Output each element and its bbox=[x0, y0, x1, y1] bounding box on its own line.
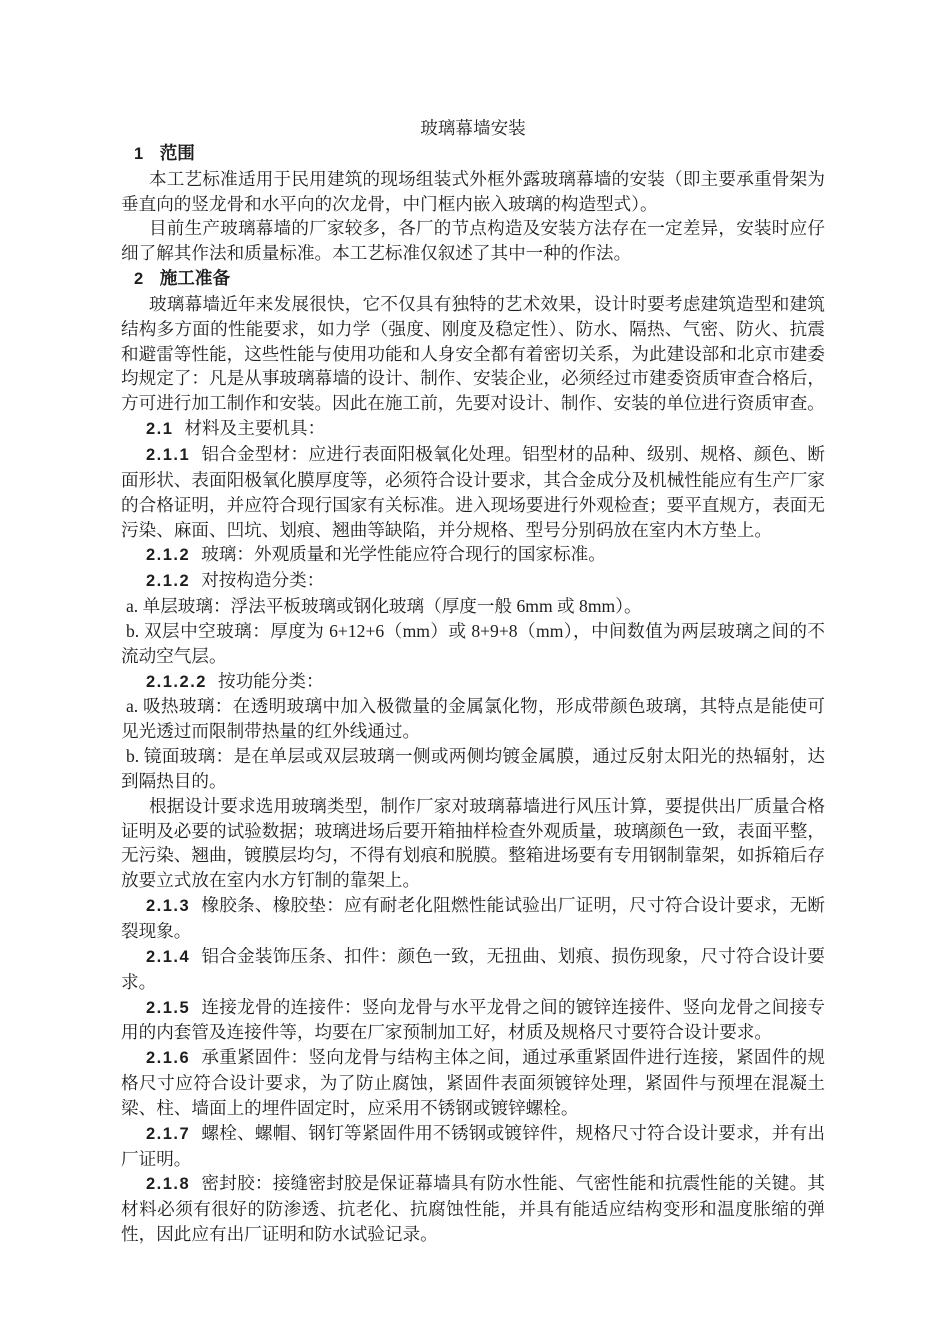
list-item-text: a. 单层玻璃：浮法平板玻璃或钢化玻璃（厚度一般 6mm 或 8mm）。 bbox=[126, 596, 642, 616]
clause-2-1-1: 2.1.1铝合金型材：应进行表面阳极氧化处理。铝型材的品种、级别、规格、颜色、断… bbox=[121, 442, 825, 542]
clause-2-1-4: 2.1.4铝合金装饰压条、扣件：颜色一致，无扭曲、划痕、损伤现象，尺寸符合设计要… bbox=[121, 944, 825, 995]
clause-number: 2.1.6 bbox=[146, 1049, 190, 1067]
clause-2-1-2-structure-classification: 2.1.2对按构造分类： bbox=[121, 568, 825, 594]
section-2-number: 2 bbox=[134, 270, 145, 288]
clause-2-1-8: 2.1.8密封胶：接缝密封胶是保证幕墙具有防水性能、气密性能和抗震性能的关键。其… bbox=[121, 1171, 825, 1247]
document-content: 玻璃幕墙安装 1范围 本工艺标准适用于民用建筑的现场组装式外框外露玻璃幕墙的安装… bbox=[121, 116, 825, 1247]
section-1-heading: 1范围 bbox=[121, 141, 825, 167]
clause-number: 2.1.8 bbox=[146, 1175, 190, 1193]
list-item-text: b. 镜面玻璃：是在单层或双层玻璃一侧或两侧均镀金属膜，通过反射太阳光的热辐射，… bbox=[121, 746, 825, 791]
paragraph-text: 玻璃幕墙近年来发展很快，它不仅具有独特的艺术效果，设计时要考虑建筑造型和建筑结构… bbox=[121, 294, 825, 413]
list-item-a-single-glass: a. 单层玻璃：浮法平板玻璃或钢化玻璃（厚度一般 6mm 或 8mm）。 bbox=[121, 594, 825, 619]
clause-2-1-2-glass: 2.1.2玻璃：外观质量和光学性能应符合现行的国家标准。 bbox=[121, 542, 825, 568]
section-2-heading: 2施工准备 bbox=[121, 266, 825, 292]
paragraph-glass-selection: 根据设计要求选用玻璃类型，制作厂家对玻璃幕墙进行风压计算，要提供出厂质量合格证明… bbox=[121, 794, 825, 893]
clause-text: 连接龙骨的连接件：竖向龙骨与水平龙骨之间的镀锌连接件、竖向龙骨之间接专用的内套管… bbox=[121, 997, 825, 1043]
paragraph-preparation-intro: 玻璃幕墙近年来发展很快，它不仅具有独特的艺术效果，设计时要考虑建筑造型和建筑结构… bbox=[121, 292, 825, 416]
document-title: 玻璃幕墙安装 bbox=[121, 116, 825, 141]
list-item-a-heat-absorbing-glass: a. 吸热玻璃：在透明玻璃中加入极微量的金属氯化物，形成带颜色玻璃，其特点是能使… bbox=[121, 694, 825, 744]
clause-text: 玻璃：外观质量和光学性能应符合现行的国家标准。 bbox=[201, 544, 606, 564]
clause-text: 承重紧固件：竖向龙骨与结构主体之间，通过承重紧固件进行连接，紧固件的规格尺寸应符… bbox=[121, 1047, 825, 1118]
clause-text: 铝合金装饰压条、扣件：颜色一致，无扭曲、划痕、损伤现象，尺寸符合设计要求。 bbox=[121, 946, 825, 992]
section-2-heading-text: 施工准备 bbox=[160, 268, 230, 288]
paragraph-scope-2: 目前生产玻璃幕墙的厂家较多，各厂的节点构造及安装方法存在一定差异，安装时应仔细了… bbox=[121, 216, 825, 266]
clause-2-1-7: 2.1.7螺栓、螺帽、钢钉等紧固件用不锈钢或镀锌件，规格尺寸符合设计要求，并有出… bbox=[121, 1121, 825, 1172]
clause-text: 按功能分类： bbox=[218, 671, 324, 691]
section-1-heading-text: 范围 bbox=[160, 143, 195, 163]
section-1-number: 1 bbox=[134, 145, 145, 163]
clause-text: 橡胶条、橡胶垫：应有耐老化阻燃性能试验出厂证明，尺寸符合设计要求，无断裂现象。 bbox=[121, 895, 825, 941]
clause-number: 2.1.3 bbox=[146, 897, 190, 915]
clause-2-1-5: 2.1.5连接龙骨的连接件：竖向龙骨与水平龙骨之间的镀锌连接件、竖向龙骨之间接专… bbox=[121, 995, 825, 1046]
document-title-text: 玻璃幕墙安装 bbox=[420, 118, 526, 138]
clause-number: 2.1.7 bbox=[146, 1125, 190, 1143]
clause-number: 2.1.2 bbox=[146, 572, 190, 590]
clause-2-1-3: 2.1.3橡胶条、橡胶垫：应有耐老化阻燃性能试验出厂证明，尺寸符合设计要求，无断… bbox=[121, 893, 825, 944]
list-item-text: b. 双层中空玻璃：厚度为 6+12+6（mm）或 8+9+8（mm），中间数值… bbox=[121, 621, 825, 666]
clause-2-1-2-2-function-classification: 2.1.2.2按功能分类： bbox=[121, 669, 825, 695]
clause-number: 2.1.2.2 bbox=[146, 673, 207, 691]
paragraph-text: 目前生产玻璃幕墙的厂家较多，各厂的节点构造及安装方法存在一定差异，安装时应仔细了… bbox=[121, 218, 825, 263]
clause-text: 对按构造分类： bbox=[201, 570, 324, 590]
list-item-b-mirror-glass: b. 镜面玻璃：是在单层或双层玻璃一侧或两侧均镀金属膜，通过反射太阳光的热辐射，… bbox=[121, 744, 825, 794]
list-item-b-double-glass: b. 双层中空玻璃：厚度为 6+12+6（mm）或 8+9+8（mm），中间数值… bbox=[121, 619, 825, 669]
list-item-text: a. 吸热玻璃：在透明玻璃中加入极微量的金属氯化物，形成带颜色玻璃，其特点是能使… bbox=[121, 696, 825, 741]
clause-number: 2.1.2 bbox=[146, 546, 190, 564]
clause-text: 密封胶：接缝密封胶是保证幕墙具有防水性能、气密性能和抗震性能的关键。其材料必须有… bbox=[121, 1173, 825, 1244]
clause-number: 2.1.4 bbox=[146, 948, 190, 966]
clause-number: 2.1 bbox=[146, 420, 173, 438]
document-page: 玻璃幕墙安装 1范围 本工艺标准适用于民用建筑的现场组装式外框外露玻璃幕墙的安装… bbox=[0, 0, 950, 1344]
clause-text: 铝合金型材：应进行表面阳极氧化处理。铝型材的品种、级别、规格、颜色、断面形状、表… bbox=[121, 444, 825, 540]
clause-text: 材料及主要机具： bbox=[184, 418, 325, 438]
paragraph-text: 根据设计要求选用玻璃类型，制作厂家对玻璃幕墙进行风压计算，要提供出厂质量合格证明… bbox=[121, 796, 825, 891]
clause-text: 螺栓、螺帽、钢钉等紧固件用不锈钢或镀锌件，规格尺寸符合设计要求，并有出厂证明。 bbox=[121, 1123, 825, 1169]
paragraph-text: 本工艺标准适用于民用建筑的现场组装式外框外露玻璃幕墙的安装（即主要承重骨架为垂直… bbox=[121, 169, 825, 214]
clause-2-1-6: 2.1.6承重紧固件：竖向龙骨与结构主体之间，通过承重紧固件进行连接，紧固件的规… bbox=[121, 1045, 825, 1121]
clause-number: 2.1.5 bbox=[146, 999, 190, 1017]
clause-2-1: 2.1材料及主要机具： bbox=[121, 416, 825, 442]
paragraph-scope-1: 本工艺标准适用于民用建筑的现场组装式外框外露玻璃幕墙的安装（即主要承重骨架为垂直… bbox=[121, 167, 825, 217]
clause-number: 2.1.1 bbox=[146, 446, 190, 464]
